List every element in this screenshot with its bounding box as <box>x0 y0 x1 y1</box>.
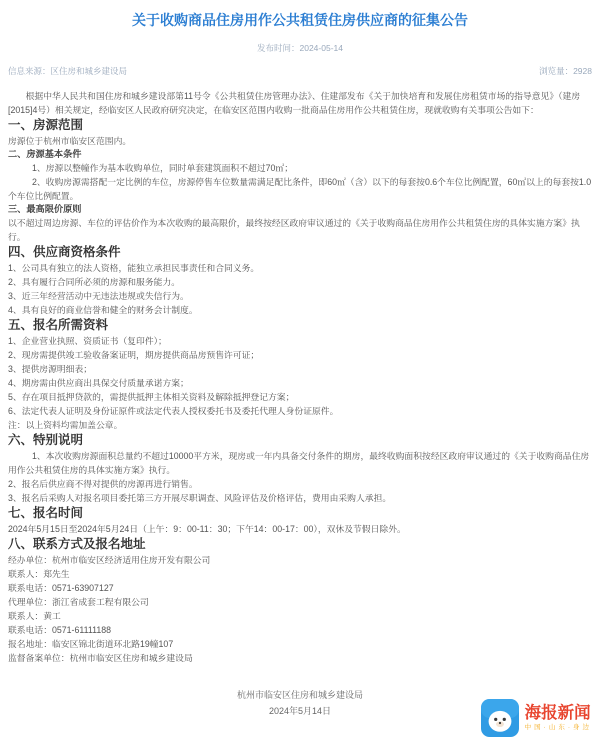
body-paragraph: 1、企业营业执照、资质证书（复印件）； <box>8 334 592 348</box>
heading-supplier-qualifications: 四、供应商资格条件 <box>8 244 592 261</box>
body-paragraph: 房源位于杭州市临安区范围内。 <box>8 134 592 148</box>
contact-line: 经办单位：杭州市临安区经济适用住房开发有限公司 <box>8 553 592 567</box>
intro-paragraph: 根据中华人民共和国住房和城乡建设部第11号令《公共租赁住房管理办法》、住建部发布… <box>8 89 592 117</box>
body-paragraph: 5、存在项目抵押贷款的，需提供抵押主体相关资料及解除抵押登记方案； <box>8 390 592 404</box>
body-paragraph: 3、提供房源明细表； <box>8 362 592 376</box>
heading-price-cap: 三、最高限价原则 <box>8 203 592 216</box>
heading-special-notes: 六、特别说明 <box>8 432 592 449</box>
haibao-news-logo: 海报新闻 中国·山东·身边 <box>481 699 592 737</box>
view-count: 浏览量：2928 <box>539 66 592 77</box>
brand-tagline: 中国·山东·身边 <box>525 724 592 732</box>
body-paragraph: 1、本次收购房源面积总量约不超过10000平方米，现房或一年内具备交付条件的期房… <box>8 449 592 477</box>
body-paragraph: 1、公司具有独立的法人资格，能独立承担民事责任和合同义务。 <box>8 261 592 275</box>
info-source: 信息来源：区住房和城乡建设局 <box>8 66 127 77</box>
body-paragraph: 1、房源以整幢作为基本收购单位，同时单套建筑面积不超过70㎡； <box>8 161 592 175</box>
publish-time: 发布时间：2024-05-14 <box>8 42 592 54</box>
logo-text: 海报新闻 中国·山东·身边 <box>525 704 592 732</box>
contact-line: 监督备案单位：杭州市临安区住房和城乡建设局 <box>8 651 592 665</box>
contact-line: 联系电话：0571-63907127 <box>8 581 592 595</box>
body-paragraph: 2、现房需提供竣工验收备案证明，期房提供商品房预售许可证； <box>8 348 592 362</box>
document-body: 根据中华人民共和国住房和城乡建设部第11号令《公共租赁住房管理办法》、住建部发布… <box>8 89 592 665</box>
body-paragraph: 2、收购房源需搭配一定比例的车位，房源停售车位数量需满足配比条件，即60㎡（含）… <box>8 175 592 203</box>
contact-line: 联系人：黄工 <box>8 609 592 623</box>
body-paragraph: 3、报名后采购人对报名项目委托第三方开展尽职调查、风险评估及价格评估，费用由采购… <box>8 491 592 505</box>
heading-required-materials: 五、报名所需资料 <box>8 317 592 334</box>
heading-contact-info: 八、联系方式及报名地址 <box>8 536 592 553</box>
brand-name: 海报新闻 <box>525 704 592 722</box>
body-paragraph: 3、近三年经营活动中无违法违规或失信行为。 <box>8 289 592 303</box>
contact-line: 报名地址：临安区锦北街道环北路19幢107 <box>8 637 592 651</box>
contact-line: 联系电话：0571-61111188 <box>8 623 592 637</box>
contact-line: 联系人：郑先生 <box>8 567 592 581</box>
meta-row: 信息来源：区住房和城乡建设局 浏览量：2928 <box>8 66 592 77</box>
body-paragraph: 6、法定代表人证明及身份证原件或法定代表人授权委托书及委托代理人身份证原件。 <box>8 404 592 418</box>
body-paragraph: 2024年5月15日至2024年5月24日（上午：9：00-11：30；下午14… <box>8 522 592 536</box>
page-title: 关于收购商品住房用作公共租赁住房供应商的征集公告 <box>8 10 592 30</box>
heading-housing-scope: 一、房源范围 <box>8 117 592 134</box>
body-paragraph: 以不超过周边房源、车位的评估价作为本次收购的最高限价，最终按经区政府审议通过的《… <box>8 216 592 244</box>
heading-basic-conditions: 二、房源基本条件 <box>8 148 592 161</box>
body-paragraph: 4、期房需由供应商出具保交付质量承诺方案； <box>8 376 592 390</box>
note-paragraph: 注：以上资料均需加盖公章。 <box>8 418 592 432</box>
heading-registration-time: 七、报名时间 <box>8 505 592 522</box>
body-paragraph: 4、具有良好的商业信誉和健全的财务会计制度。 <box>8 303 592 317</box>
body-paragraph: 2、报名后供应商不得对提供的房源再进行销售。 <box>8 477 592 491</box>
contact-line: 代理单位：浙江省成套工程有限公司 <box>8 595 592 609</box>
body-paragraph: 2、具有履行合同所必须的房源和服务能力。 <box>8 275 592 289</box>
seal-icon <box>481 699 519 737</box>
announcement-page: 关于收购商品住房用作公共租赁住房供应商的征集公告 发布时间：2024-05-14… <box>0 0 600 743</box>
